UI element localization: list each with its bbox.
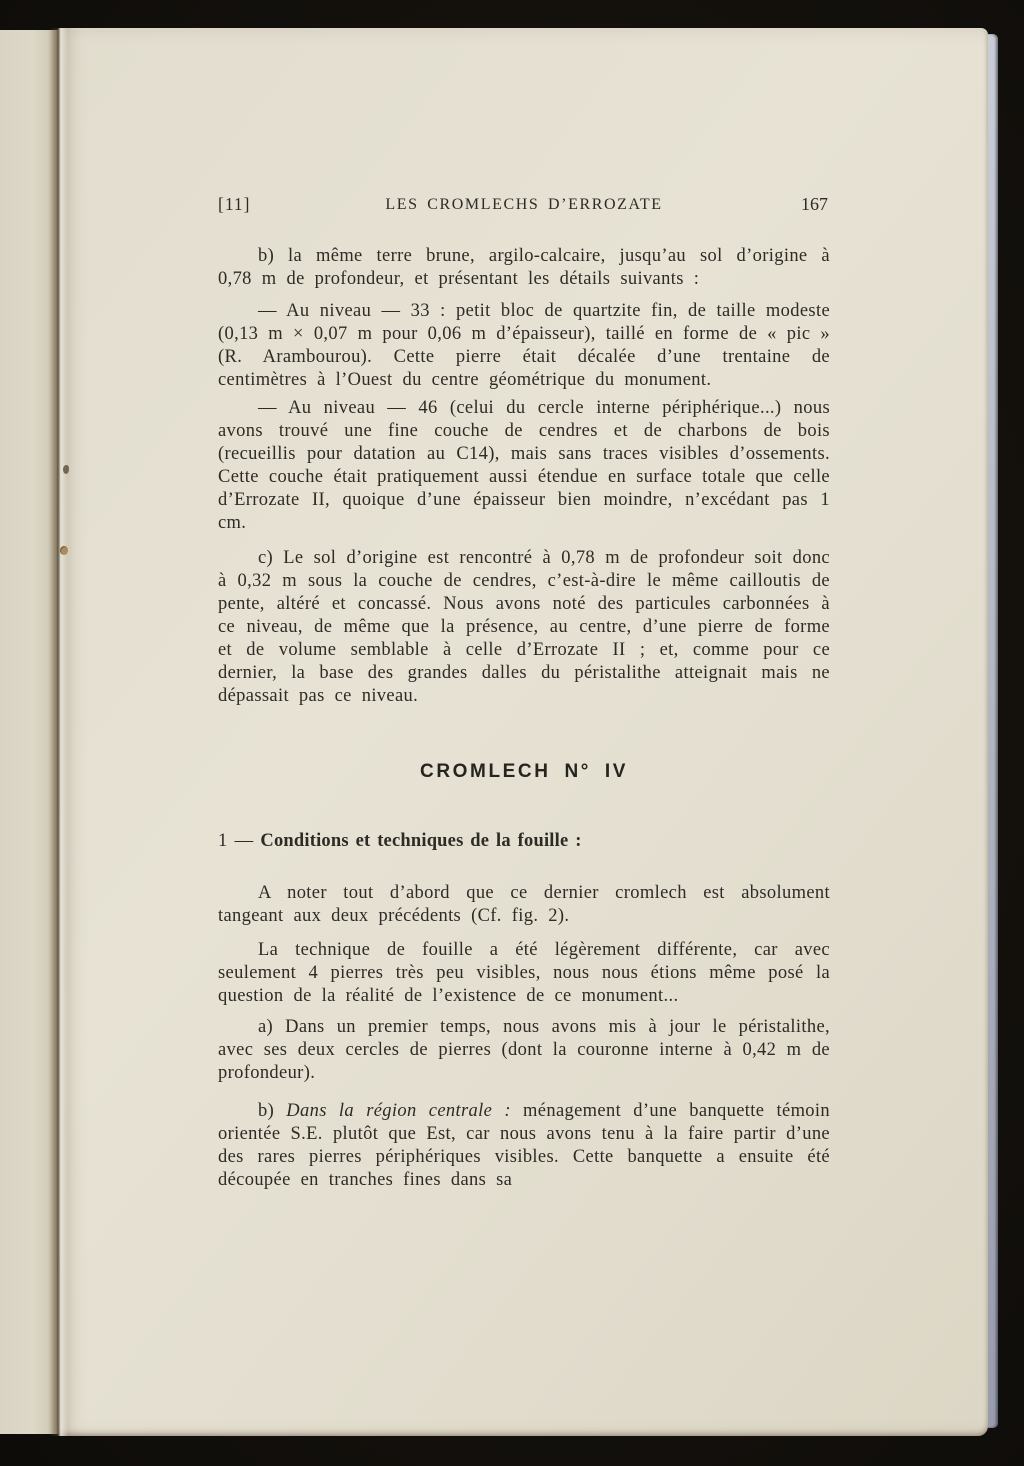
paragraph-technique-fouille: La technique de fouille a été légèrement… bbox=[218, 939, 830, 1008]
printed-text-block: [11] LES CROMLECHS D’ERROZATE 167 b) la … bbox=[218, 193, 830, 1192]
page-header: [11] LES CROMLECHS D’ERROZATE 167 bbox=[218, 193, 830, 215]
paragraph-niveau-46: — Au niveau — 46 (celui du cercle intern… bbox=[218, 397, 830, 535]
gutter-crease bbox=[50, 28, 68, 1436]
paragraph-c-sol-origine: c) Le sol d’origine est rencontré à 0,78… bbox=[218, 547, 830, 708]
paragraph-b-terre-brune: b) la même terre brune, argilo-calcaire,… bbox=[218, 245, 830, 291]
subsection-number: 1 — bbox=[218, 831, 260, 851]
paper-blemish-dark bbox=[63, 465, 69, 474]
running-title: LES CROMLECHS D’ERROZATE bbox=[218, 194, 830, 216]
paragraph-b-italic-lead: Dans la région centrale : bbox=[286, 1101, 511, 1121]
paragraph-niveau-33: — Au niveau — 33 : petit bloc de quartzi… bbox=[218, 300, 830, 392]
section-heading-cromlech-iv: CROMLECH N° IV bbox=[218, 760, 830, 784]
paragraph-b-lead: b) bbox=[258, 1101, 286, 1121]
paragraph-a-noter: A noter tout d’abord que ce dernier crom… bbox=[218, 882, 830, 928]
paper-blemish-rust bbox=[60, 546, 68, 555]
page-thickness-edge bbox=[988, 34, 998, 1428]
paragraph-a-peristalithe: a) Dans un premier temps, nous avons mis… bbox=[218, 1016, 830, 1085]
subsection-heading-conditions: 1 — Conditions et techniques de la fouil… bbox=[218, 830, 830, 853]
page-number: 167 bbox=[801, 193, 828, 215]
paragraph-b-region-centrale: b) Dans la région centrale : ménagement … bbox=[218, 1100, 830, 1192]
subsection-title: Conditions et techniques de la fouille : bbox=[260, 831, 581, 851]
photographed-book-page: { "colors": { "background": "#14110d", "… bbox=[0, 0, 1024, 1466]
